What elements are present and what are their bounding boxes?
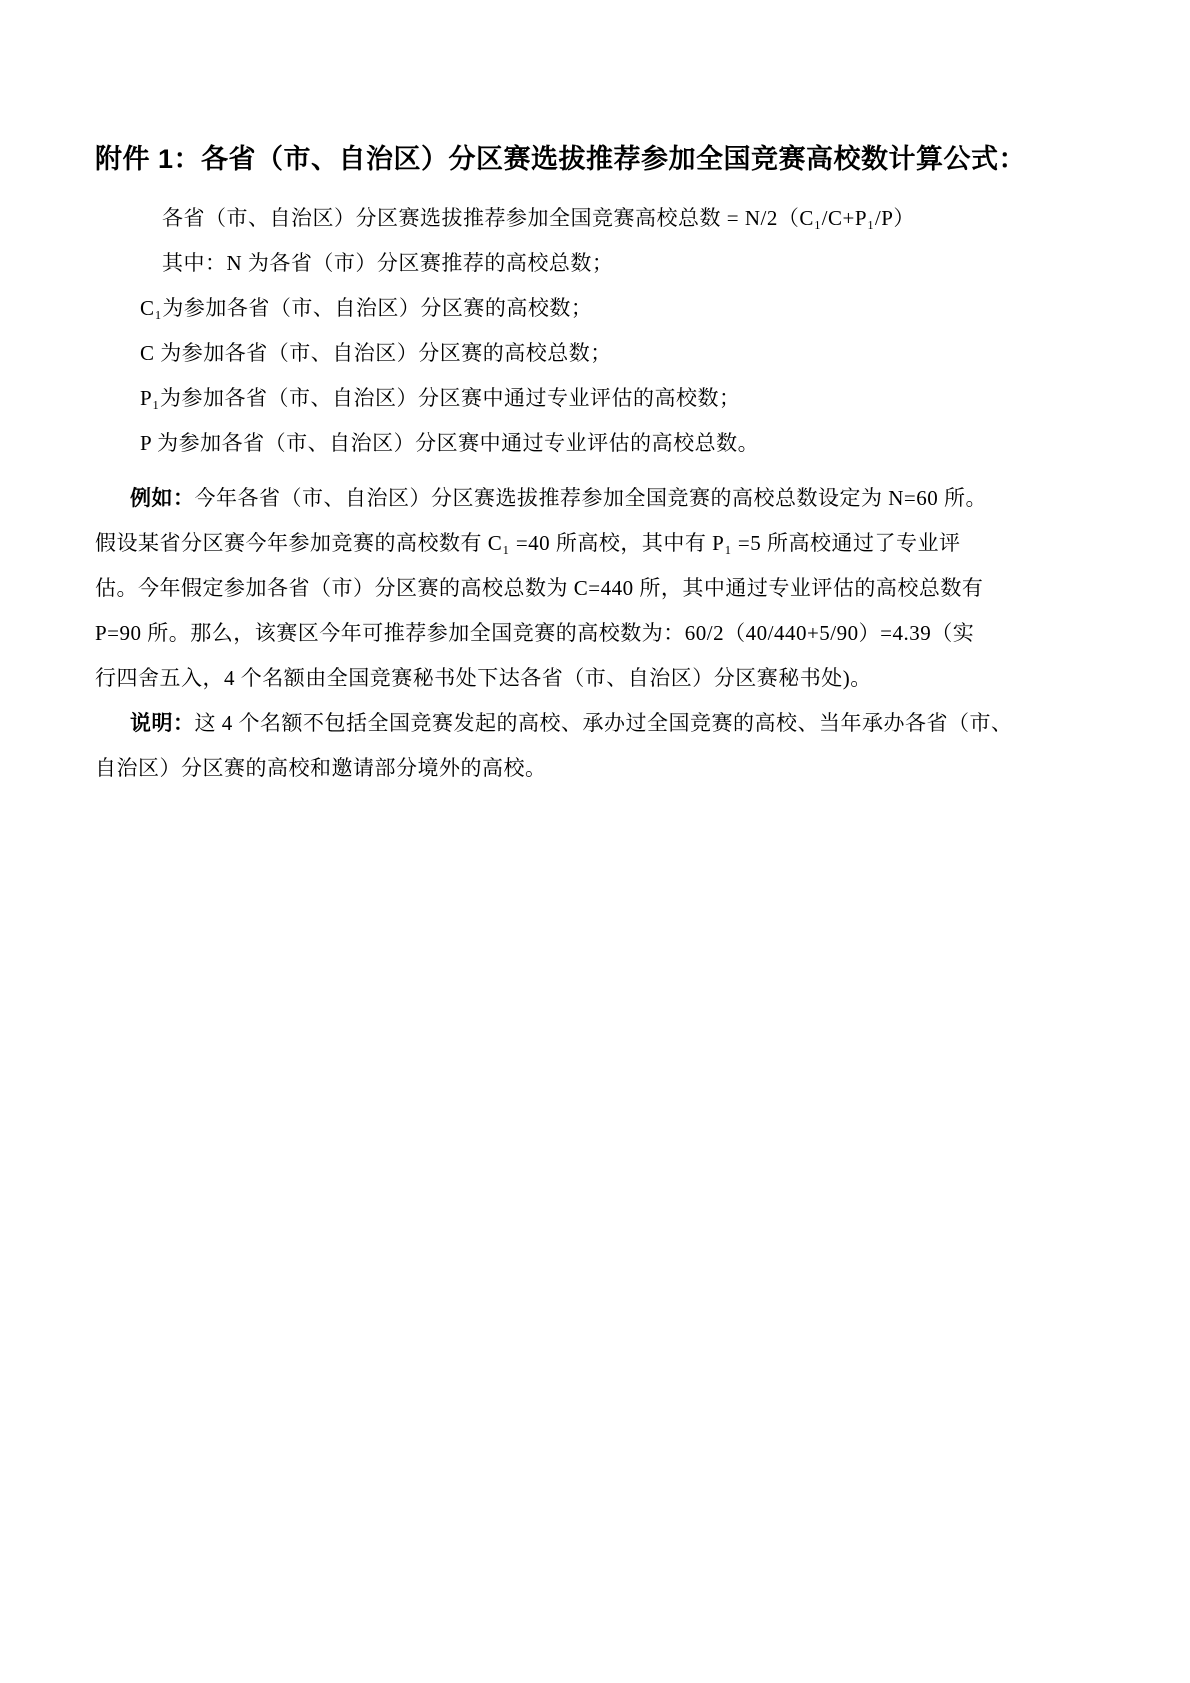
formula-line: 各省（市、自治区）分区赛选拔推荐参加全国竞赛高校总数 = N/2（C₁/C+P₁… [95, 196, 1100, 241]
note-first-line-text: 这 4 个名额不包括全国竞赛发起的高校、承办过全国竞赛的高校、当年承办各省（市、 [195, 711, 1013, 735]
example-line: 假设某省分区赛今年参加竞赛的高校数有 C₁ =40 所高校，其中有 P₁ =5 … [95, 521, 1100, 566]
definition-c-line: C 为参加各省（市、自治区）分区赛的高校总数； [95, 331, 1100, 376]
page-title: 附件 1：各省（市、自治区）分区赛选拔推荐参加全国竞赛高校数计算公式： [95, 140, 1100, 178]
example-lead-label: 例如： [130, 487, 195, 510]
definition-p1-line: P₁为参加各省（市、自治区）分区赛中通过专业评估的高校数； [95, 376, 1100, 421]
definition-p-line: P 为参加各省（市、自治区）分区赛中通过专业评估的高校总数。 [95, 421, 1100, 466]
note-first-line: 说明：这 4 个名额不包括全国竞赛发起的高校、承办过全国竞赛的高校、当年承办各省… [95, 701, 1100, 746]
note-paragraph: 说明：这 4 个名额不包括全国竞赛发起的高校、承办过全国竞赛的高校、当年承办各省… [95, 701, 1100, 791]
note-lead-label: 说明： [130, 712, 195, 735]
where-line: 其中：N 为各省（市）分区赛推荐的高校总数； [95, 241, 1100, 286]
note-line: 自治区）分区赛的高校和邀请部分境外的高校。 [95, 746, 1100, 791]
example-first-line-text: 今年各省（市、自治区）分区赛选拔推荐参加全国竞赛的高校总数设定为 N=60 所。 [195, 486, 988, 510]
example-line: P=90 所。那么，该赛区今年可推荐参加全国竞赛的高校数为：60/2（40/44… [95, 611, 1100, 656]
example-paragraph: 例如：今年各省（市、自治区）分区赛选拔推荐参加全国竞赛的高校总数设定为 N=60… [95, 476, 1100, 701]
example-line: 行四舍五入，4 个名额由全国竞赛秘书处下达各省（市、自治区）分区赛秘书处)。 [95, 656, 1100, 701]
example-first-line: 例如：今年各省（市、自治区）分区赛选拔推荐参加全国竞赛的高校总数设定为 N=60… [95, 476, 1100, 521]
definition-block: 各省（市、自治区）分区赛选拔推荐参加全国竞赛高校总数 = N/2（C₁/C+P₁… [95, 196, 1100, 466]
definition-c1-line: C₁为参加各省（市、自治区）分区赛的高校数； [95, 286, 1100, 331]
document-page: 附件 1：各省（市、自治区）分区赛选拔推荐参加全国竞赛高校数计算公式： 各省（市… [0, 0, 1190, 1683]
example-line: 估。今年假定参加各省（市）分区赛的高校总数为 C=440 所，其中通过专业评估的… [95, 566, 1100, 611]
